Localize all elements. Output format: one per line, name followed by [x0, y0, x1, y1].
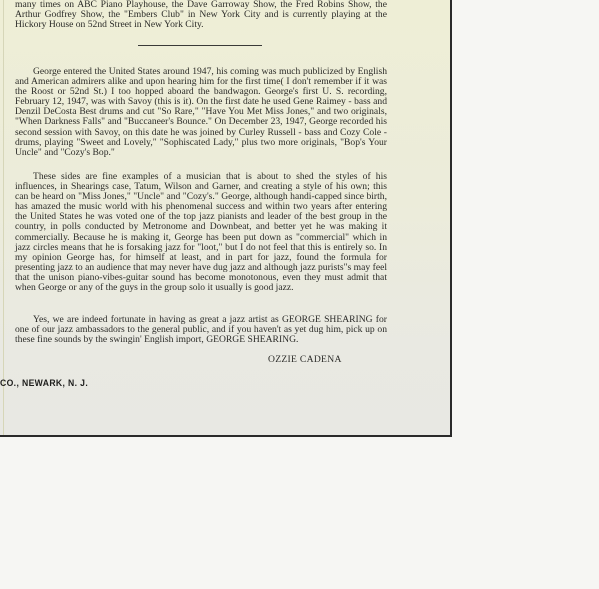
publisher-address: CO., NEWARK, N. J. [0, 377, 88, 388]
paragraph-text: George entered the United States around … [15, 67, 387, 158]
panel-left-edge [3, 0, 4, 435]
paragraph-arrival: George entered the United States around … [15, 67, 387, 158]
intro-paragraph: many times on ABC Piano Playhouse, the D… [15, 0, 387, 30]
section-separator [138, 45, 262, 46]
paragraph-style: These sides are fine examples of a music… [15, 172, 387, 293]
paragraph-text: These sides are fine examples of a music… [15, 172, 387, 293]
paragraph-text: Yes, we are indeed fortunate in having a… [15, 315, 387, 345]
intro-text: many times on ABC Piano Playhouse, the D… [15, 0, 387, 30]
author-signature: OZZIE CADENA [268, 354, 342, 365]
paragraph-conclusion: Yes, we are indeed fortunate in having a… [15, 315, 387, 345]
liner-notes-panel: many times on ABC Piano Playhouse, the D… [0, 0, 452, 437]
